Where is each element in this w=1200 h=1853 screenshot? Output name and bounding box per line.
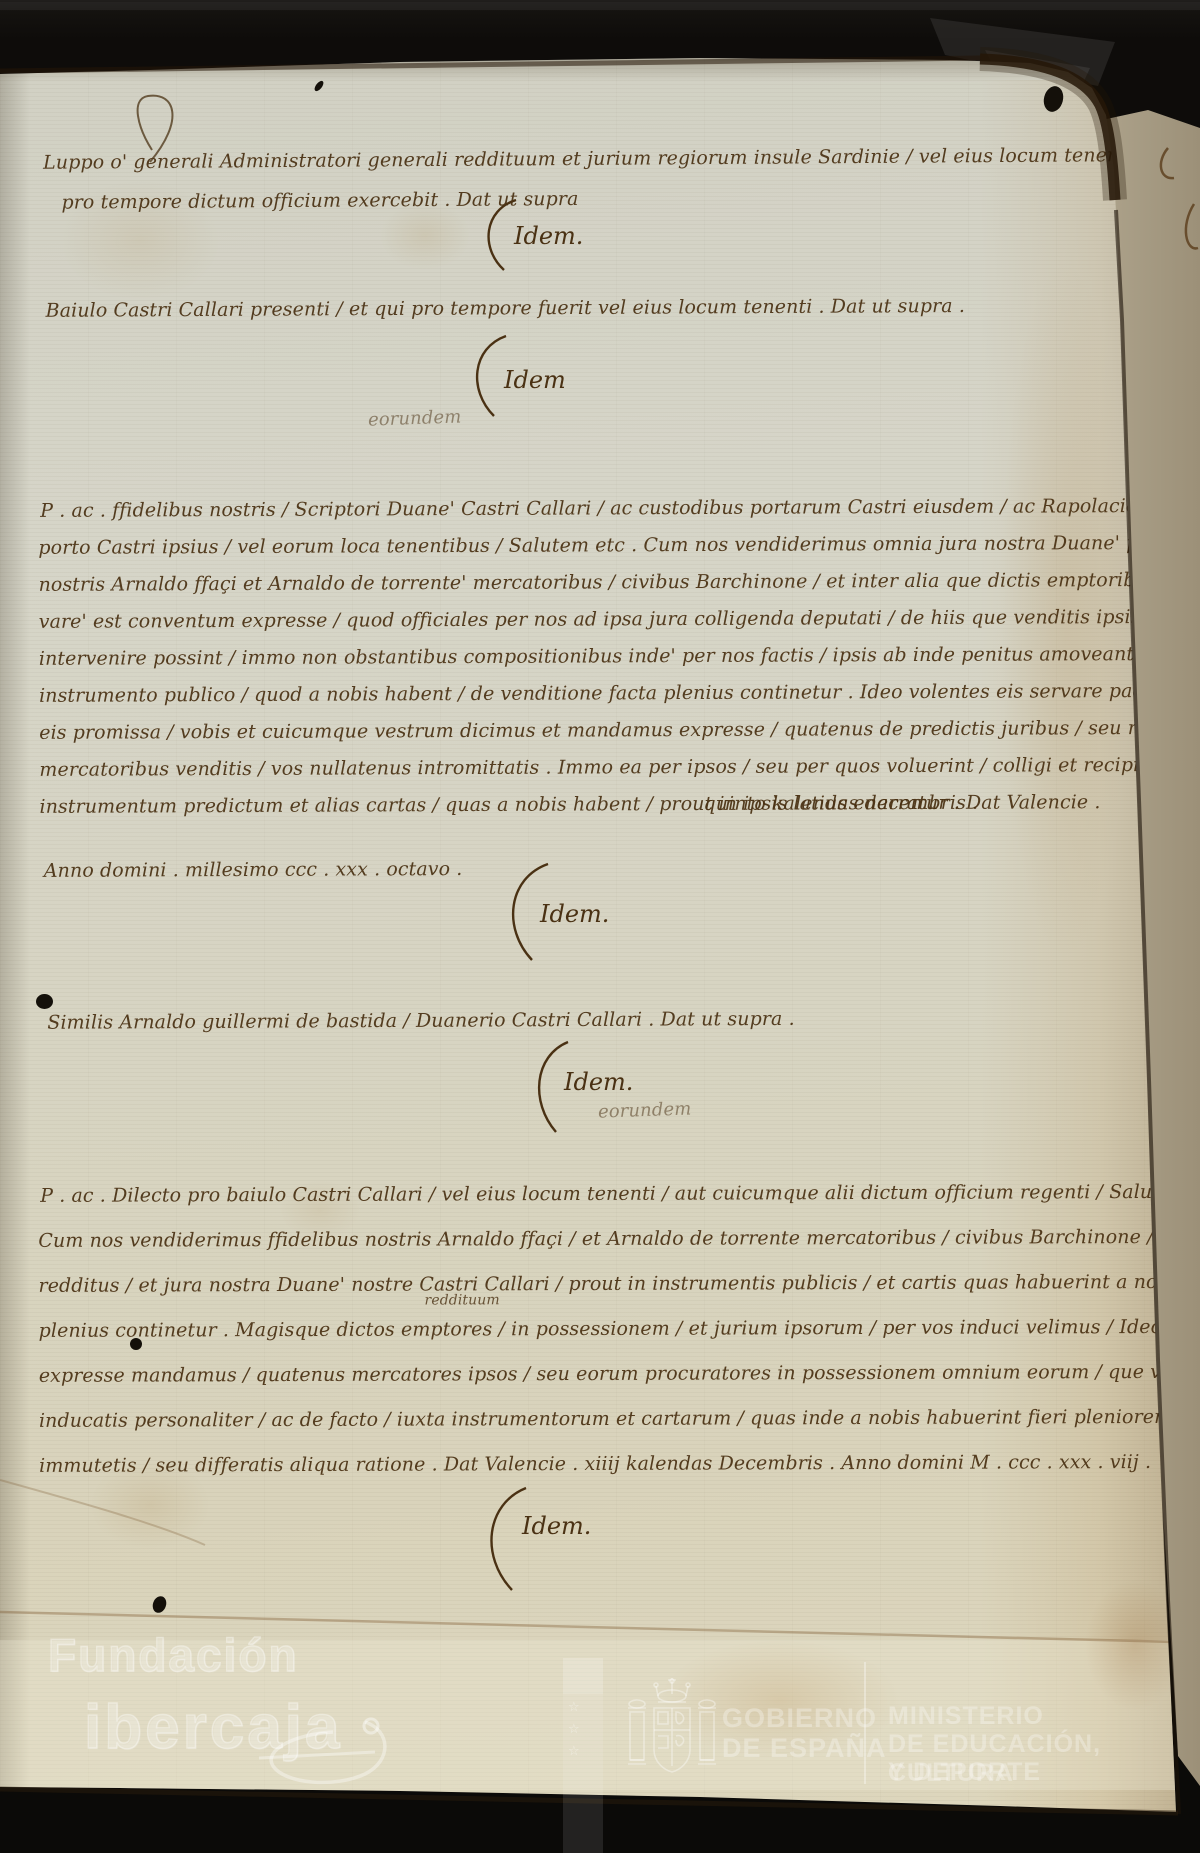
ibercaja-logo <box>255 1700 395 1800</box>
gobierno-watermark-line2: DE ESPAÑA <box>722 1733 887 1764</box>
photo-stage: Luppo o' generali Administratori general… <box>0 0 1200 1853</box>
watermark-divider-line <box>864 1662 866 1784</box>
ministerio-watermark-line1: MINISTERIO <box>888 1702 1044 1731</box>
gobierno-watermark-line1: GOBIERNO <box>722 1703 877 1734</box>
ribbon-star: ☆ <box>568 1700 580 1715</box>
ministerio-watermark-line2: DE EDUCACIÓN, CULTURA <box>888 1730 1200 1788</box>
spain-coat-of-arms <box>612 1678 732 1788</box>
ribbon-star: ☆ <box>568 1744 580 1759</box>
watermark-ribbon-top-block <box>563 1658 603 1694</box>
ministerio-watermark-line3: Y DEPORTE <box>888 1758 1041 1787</box>
ibercaja-watermark-line1: Fundación <box>48 1628 299 1682</box>
ribbon-star: ☆ <box>568 1722 580 1737</box>
watermark-layer: Fundación ibercaja ☆ ☆ ☆ <box>0 0 1200 1853</box>
